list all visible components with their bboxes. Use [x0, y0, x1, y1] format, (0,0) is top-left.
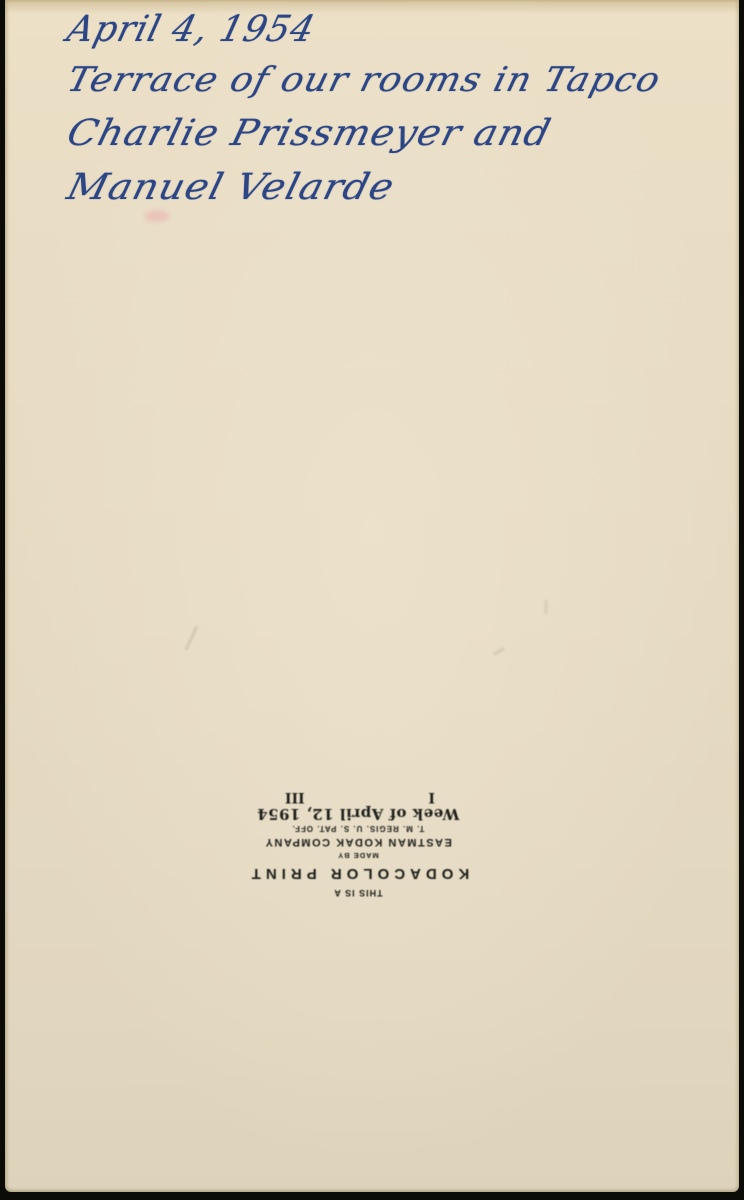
stamp-trademark: T. M. REGIS. U. S. PAT. OFF.: [227, 824, 489, 833]
stamp-made-by: MADE BY: [227, 851, 489, 860]
paper-mark: [185, 626, 199, 651]
note-people-line-2: Manuel Velarde: [61, 160, 744, 216]
stamp-week: Week of April 12, 1954: [227, 805, 489, 823]
pink-smudge: [145, 210, 169, 222]
photo-back: April 4, 1954 Terrace of our rooms in Ta…: [5, 0, 739, 1192]
paper-mark: [545, 600, 547, 614]
stamp-company: EASTMAN KODAK COMPANY: [227, 836, 489, 848]
kodacolor-stamp: THIS IS A KODACOLOR PRINT MADE BY EASTMA…: [227, 760, 489, 900]
note-people-line-1: Charlie Prissmeyer and: [61, 106, 744, 162]
handwritten-note: April 4, 1954 Terrace of our rooms in Ta…: [68, 2, 738, 216]
note-date: April 4, 1954: [61, 2, 732, 58]
stamp-code-left: I: [428, 789, 435, 805]
stamp-code-right: III: [285, 789, 305, 805]
note-location: Terrace of our rooms in Tapco: [61, 52, 744, 108]
stamp-intro: THIS IS A: [227, 888, 489, 898]
paper-mark: [493, 647, 505, 656]
stamp-product: KODACOLOR PRINT: [227, 865, 489, 882]
stamp-codes: I III: [227, 789, 489, 805]
